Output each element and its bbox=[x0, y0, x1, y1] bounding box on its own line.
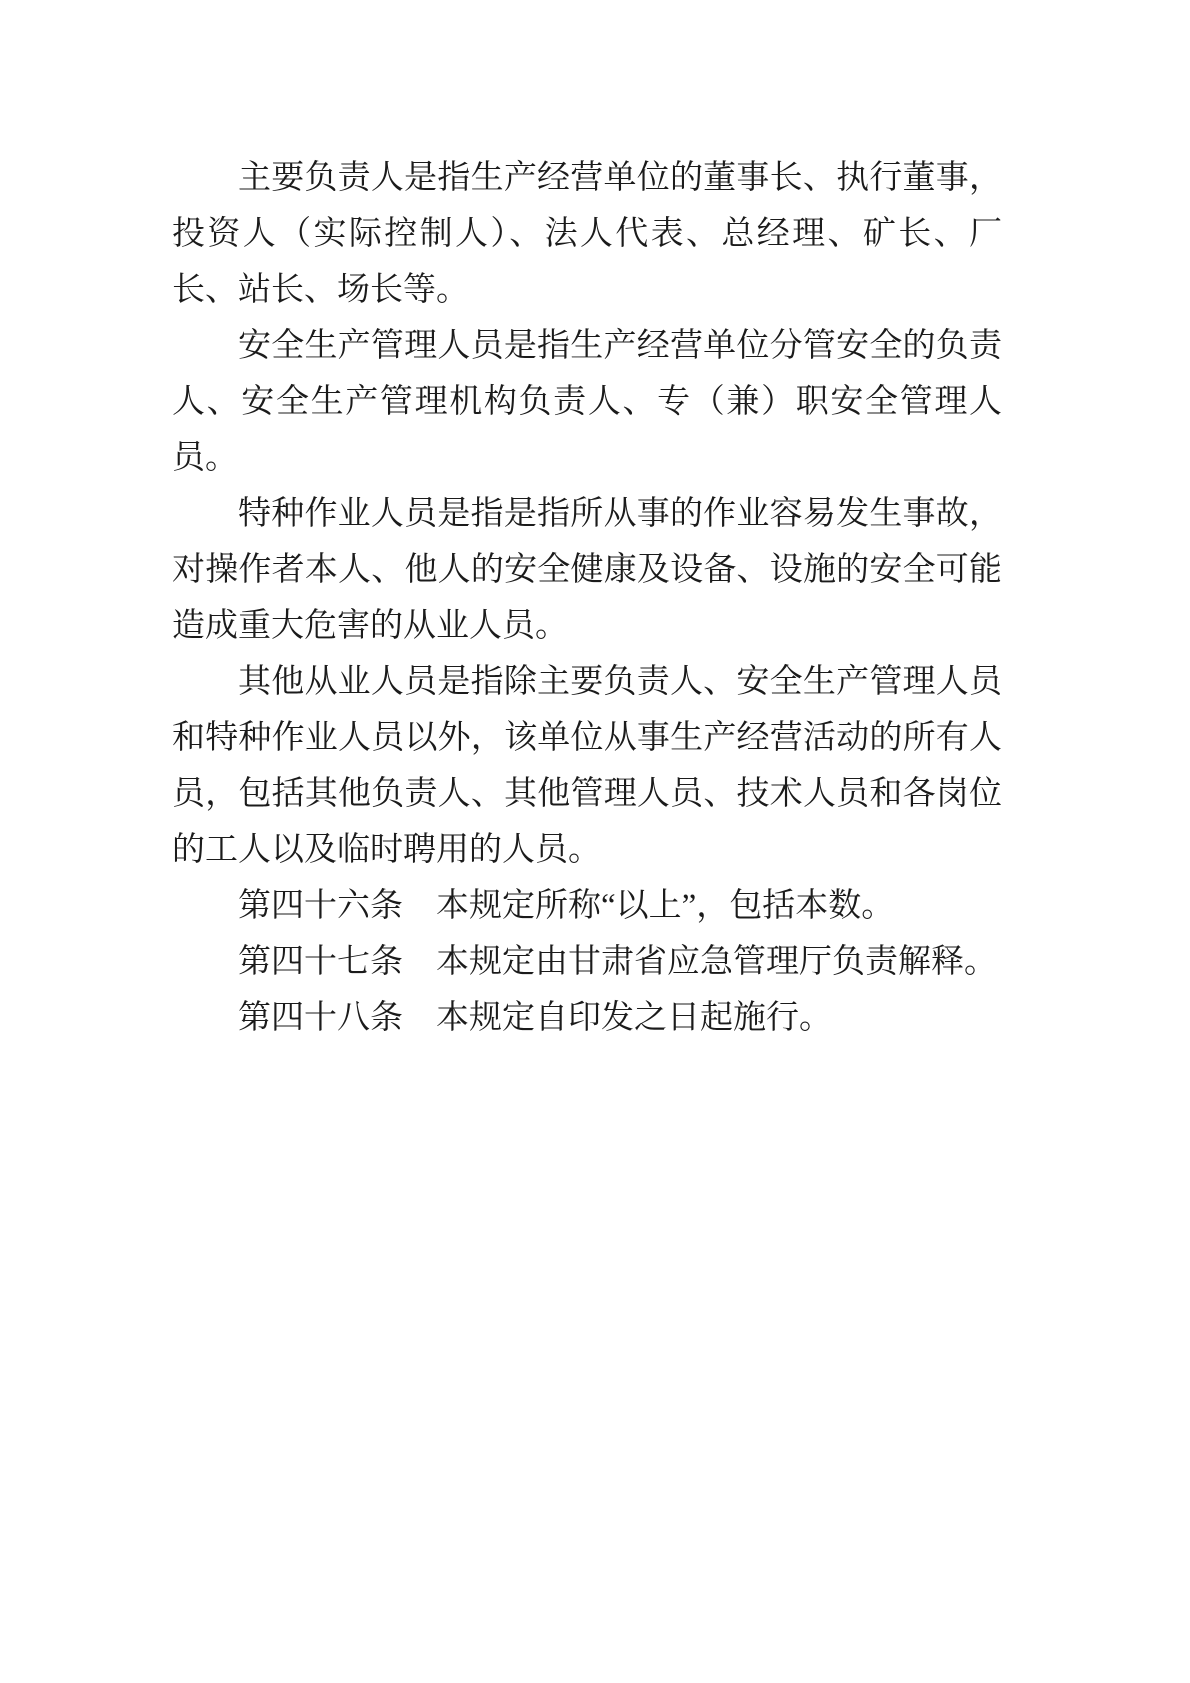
paragraph-safety-manager-definition: 安全生产管理人员是指生产经营单位分管安全的负责人、安全生产管理机构负责人、专（兼… bbox=[172, 318, 1002, 486]
paragraph-article-47: 第四十七条 本规定由甘肃省应急管理厅负责解释。 bbox=[172, 934, 1002, 990]
document-page: 主要负责人是指生产经营单位的董事长、执行董事，投资人（实际控制人）、法人代表、总… bbox=[0, 0, 1190, 1683]
paragraph-special-operations-definition: 特种作业人员是指是指所从事的作业容易发生事故，对操作者本人、他人的安全健康及设备… bbox=[172, 486, 1002, 654]
paragraph-other-employees-definition: 其他从业人员是指除主要负责人、安全生产管理人员和特种作业人员以外，该单位从事生产… bbox=[172, 654, 1002, 878]
document-body: 主要负责人是指生产经营单位的董事长、执行董事，投资人（实际控制人）、法人代表、总… bbox=[172, 150, 1002, 1046]
paragraph-main-leader-definition: 主要负责人是指生产经营单位的董事长、执行董事，投资人（实际控制人）、法人代表、总… bbox=[172, 150, 1002, 318]
paragraph-article-46: 第四十六条 本规定所称“以上”，包括本数。 bbox=[172, 878, 1002, 934]
paragraph-article-48: 第四十八条 本规定自印发之日起施行。 bbox=[172, 990, 1002, 1046]
